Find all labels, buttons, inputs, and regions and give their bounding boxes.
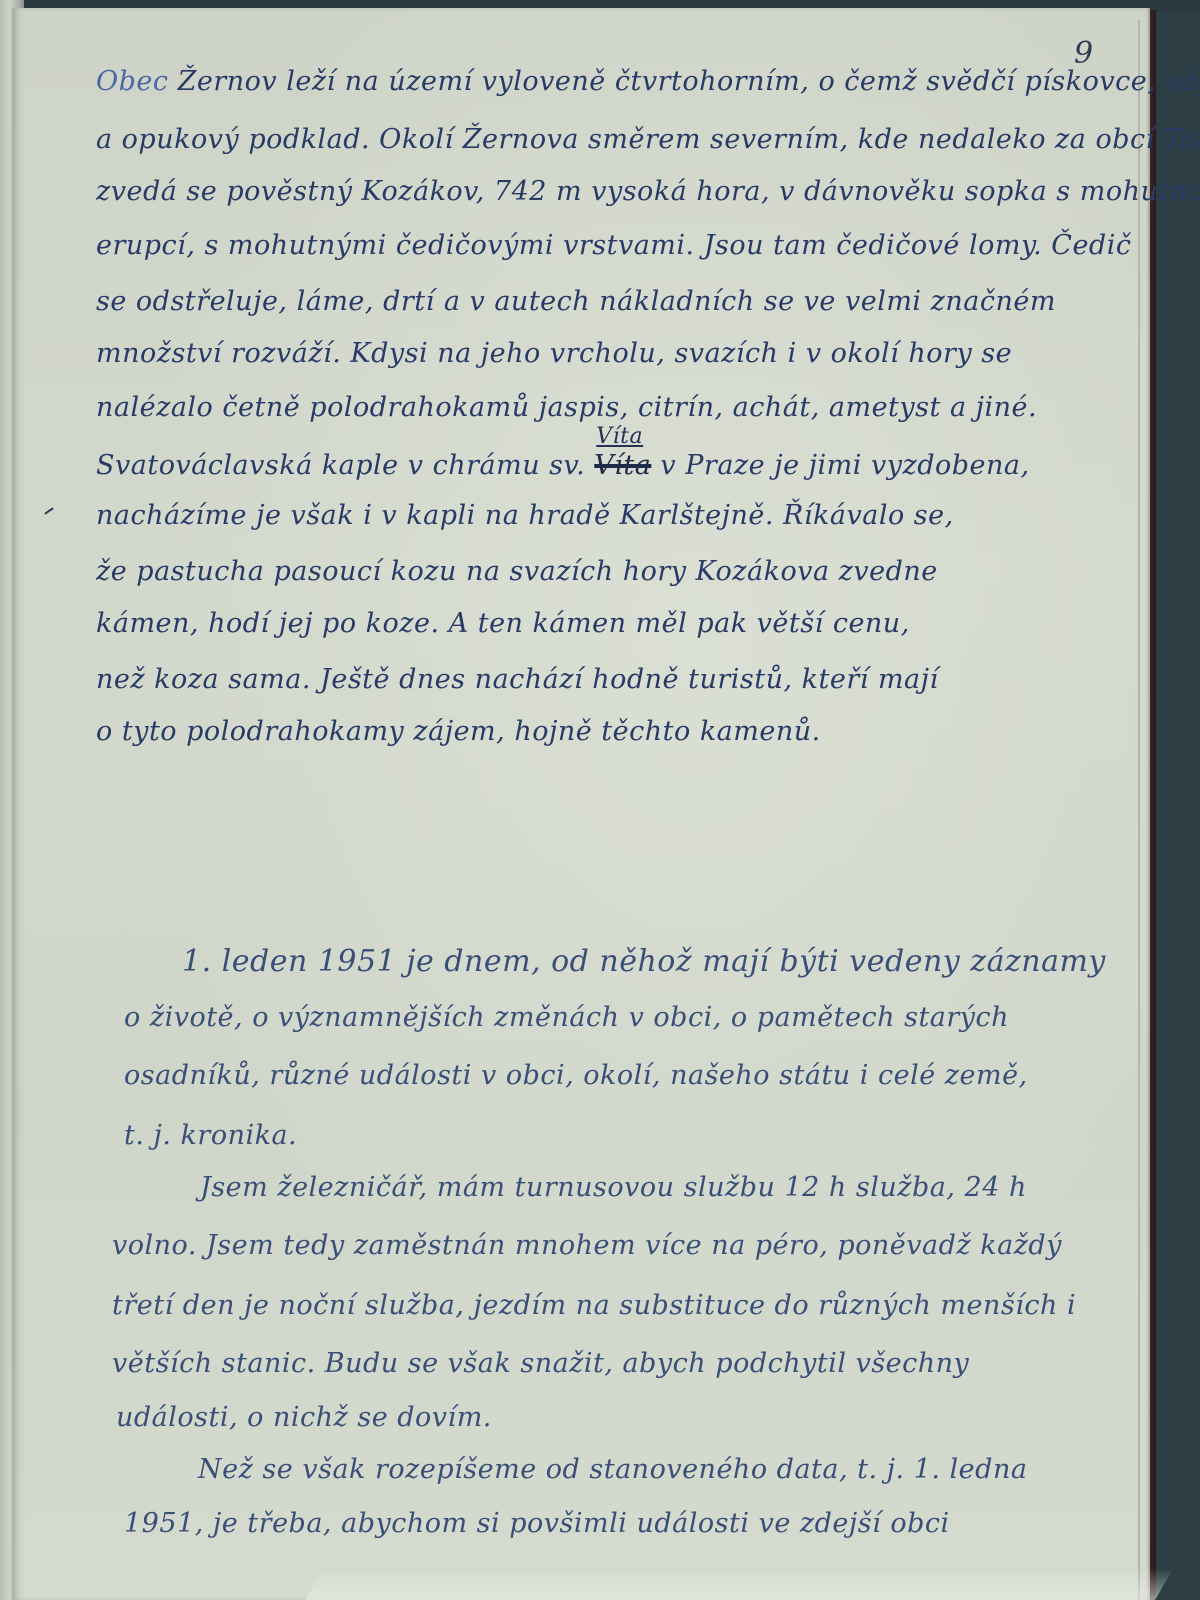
text-line: než koza sama. Ještě dnes nachází hodně … <box>96 664 939 695</box>
section-heading-line: 1. leden 1951 je dnem, od něhož mají být… <box>182 944 1106 979</box>
inserted-word: Víta <box>596 424 643 449</box>
text-line: nacházíme je však i v kapli na hradě Kar… <box>96 500 954 531</box>
text-line: Než se však rozepíšeme od stanoveného da… <box>198 1454 1027 1485</box>
text-line: třetí den je noční služba, jezdím na sub… <box>112 1290 1076 1321</box>
text-line: o tyto polodrahokamy zájem, hojně těchto… <box>96 716 821 747</box>
text-line: o životě, o významnějších změnách v obci… <box>124 1002 1009 1033</box>
text-line: množství rozváží. Kdysi na jeho vrcholu,… <box>96 338 1012 369</box>
text-line: Svatováclavská kaple v chrámu sv. VítaVí… <box>96 450 1030 481</box>
text-line: Obec Žernov leží na území vyloveně čtvrt… <box>96 66 1200 97</box>
text-line: zvedá se pověstný Kozákov, 742 m vysoká … <box>96 176 1200 207</box>
cover-edge <box>1150 10 1156 1600</box>
line-rest: Žernov leží na území vyloveně čtvrtohorn… <box>169 66 1200 97</box>
text-line: a opukový podklad. Okolí Žernova směrem … <box>96 124 1200 155</box>
text-line: Jsem železničář, mám turnusovou službu 1… <box>200 1172 1027 1203</box>
chronicle-page: 9 Obec Žernov leží na území vyloveně čtv… <box>12 8 1150 1600</box>
text-line: osadníků, různé události v obci, okolí, … <box>124 1060 1028 1091</box>
light-glare <box>300 1568 1173 1600</box>
text-line: volno. Jsem tedy zaměstnán mnohem více n… <box>112 1230 1062 1261</box>
corrected-word: VítaVíta <box>594 450 651 481</box>
text-line: že pastucha pasoucí kozu na svazích hory… <box>96 556 938 587</box>
ink-mark <box>44 507 53 514</box>
photo-scene: 9 Obec Žernov leží na území vyloveně čtv… <box>0 0 1200 1600</box>
page-edge <box>1138 20 1140 1600</box>
line-after: v Praze je jimi vyzdobena, <box>651 450 1029 481</box>
line-before: Svatováclavská kaple v chrámu sv. <box>96 450 594 481</box>
text-line: větších stanic. Budu se však snažit, aby… <box>112 1348 969 1379</box>
text-line: události, o nichž se dovím. <box>116 1402 492 1433</box>
text-line: nalézalo četně polodrahokamů jaspis, cit… <box>96 392 1037 423</box>
text-line: t. j. kronika. <box>124 1120 297 1151</box>
text-line: erupcí, s mohutnými čedičovými vrstvami.… <box>96 230 1131 261</box>
text-line: se odstřeluje, láme, drtí a v autech nák… <box>96 286 1056 317</box>
first-word: Obec <box>96 66 169 97</box>
text-line: kámen, hodí jej po koze. A ten kámen měl… <box>96 608 910 639</box>
text-line: 1951, je třeba, abychom si povšimli udál… <box>124 1508 950 1539</box>
struck-word: Víta <box>594 450 651 481</box>
